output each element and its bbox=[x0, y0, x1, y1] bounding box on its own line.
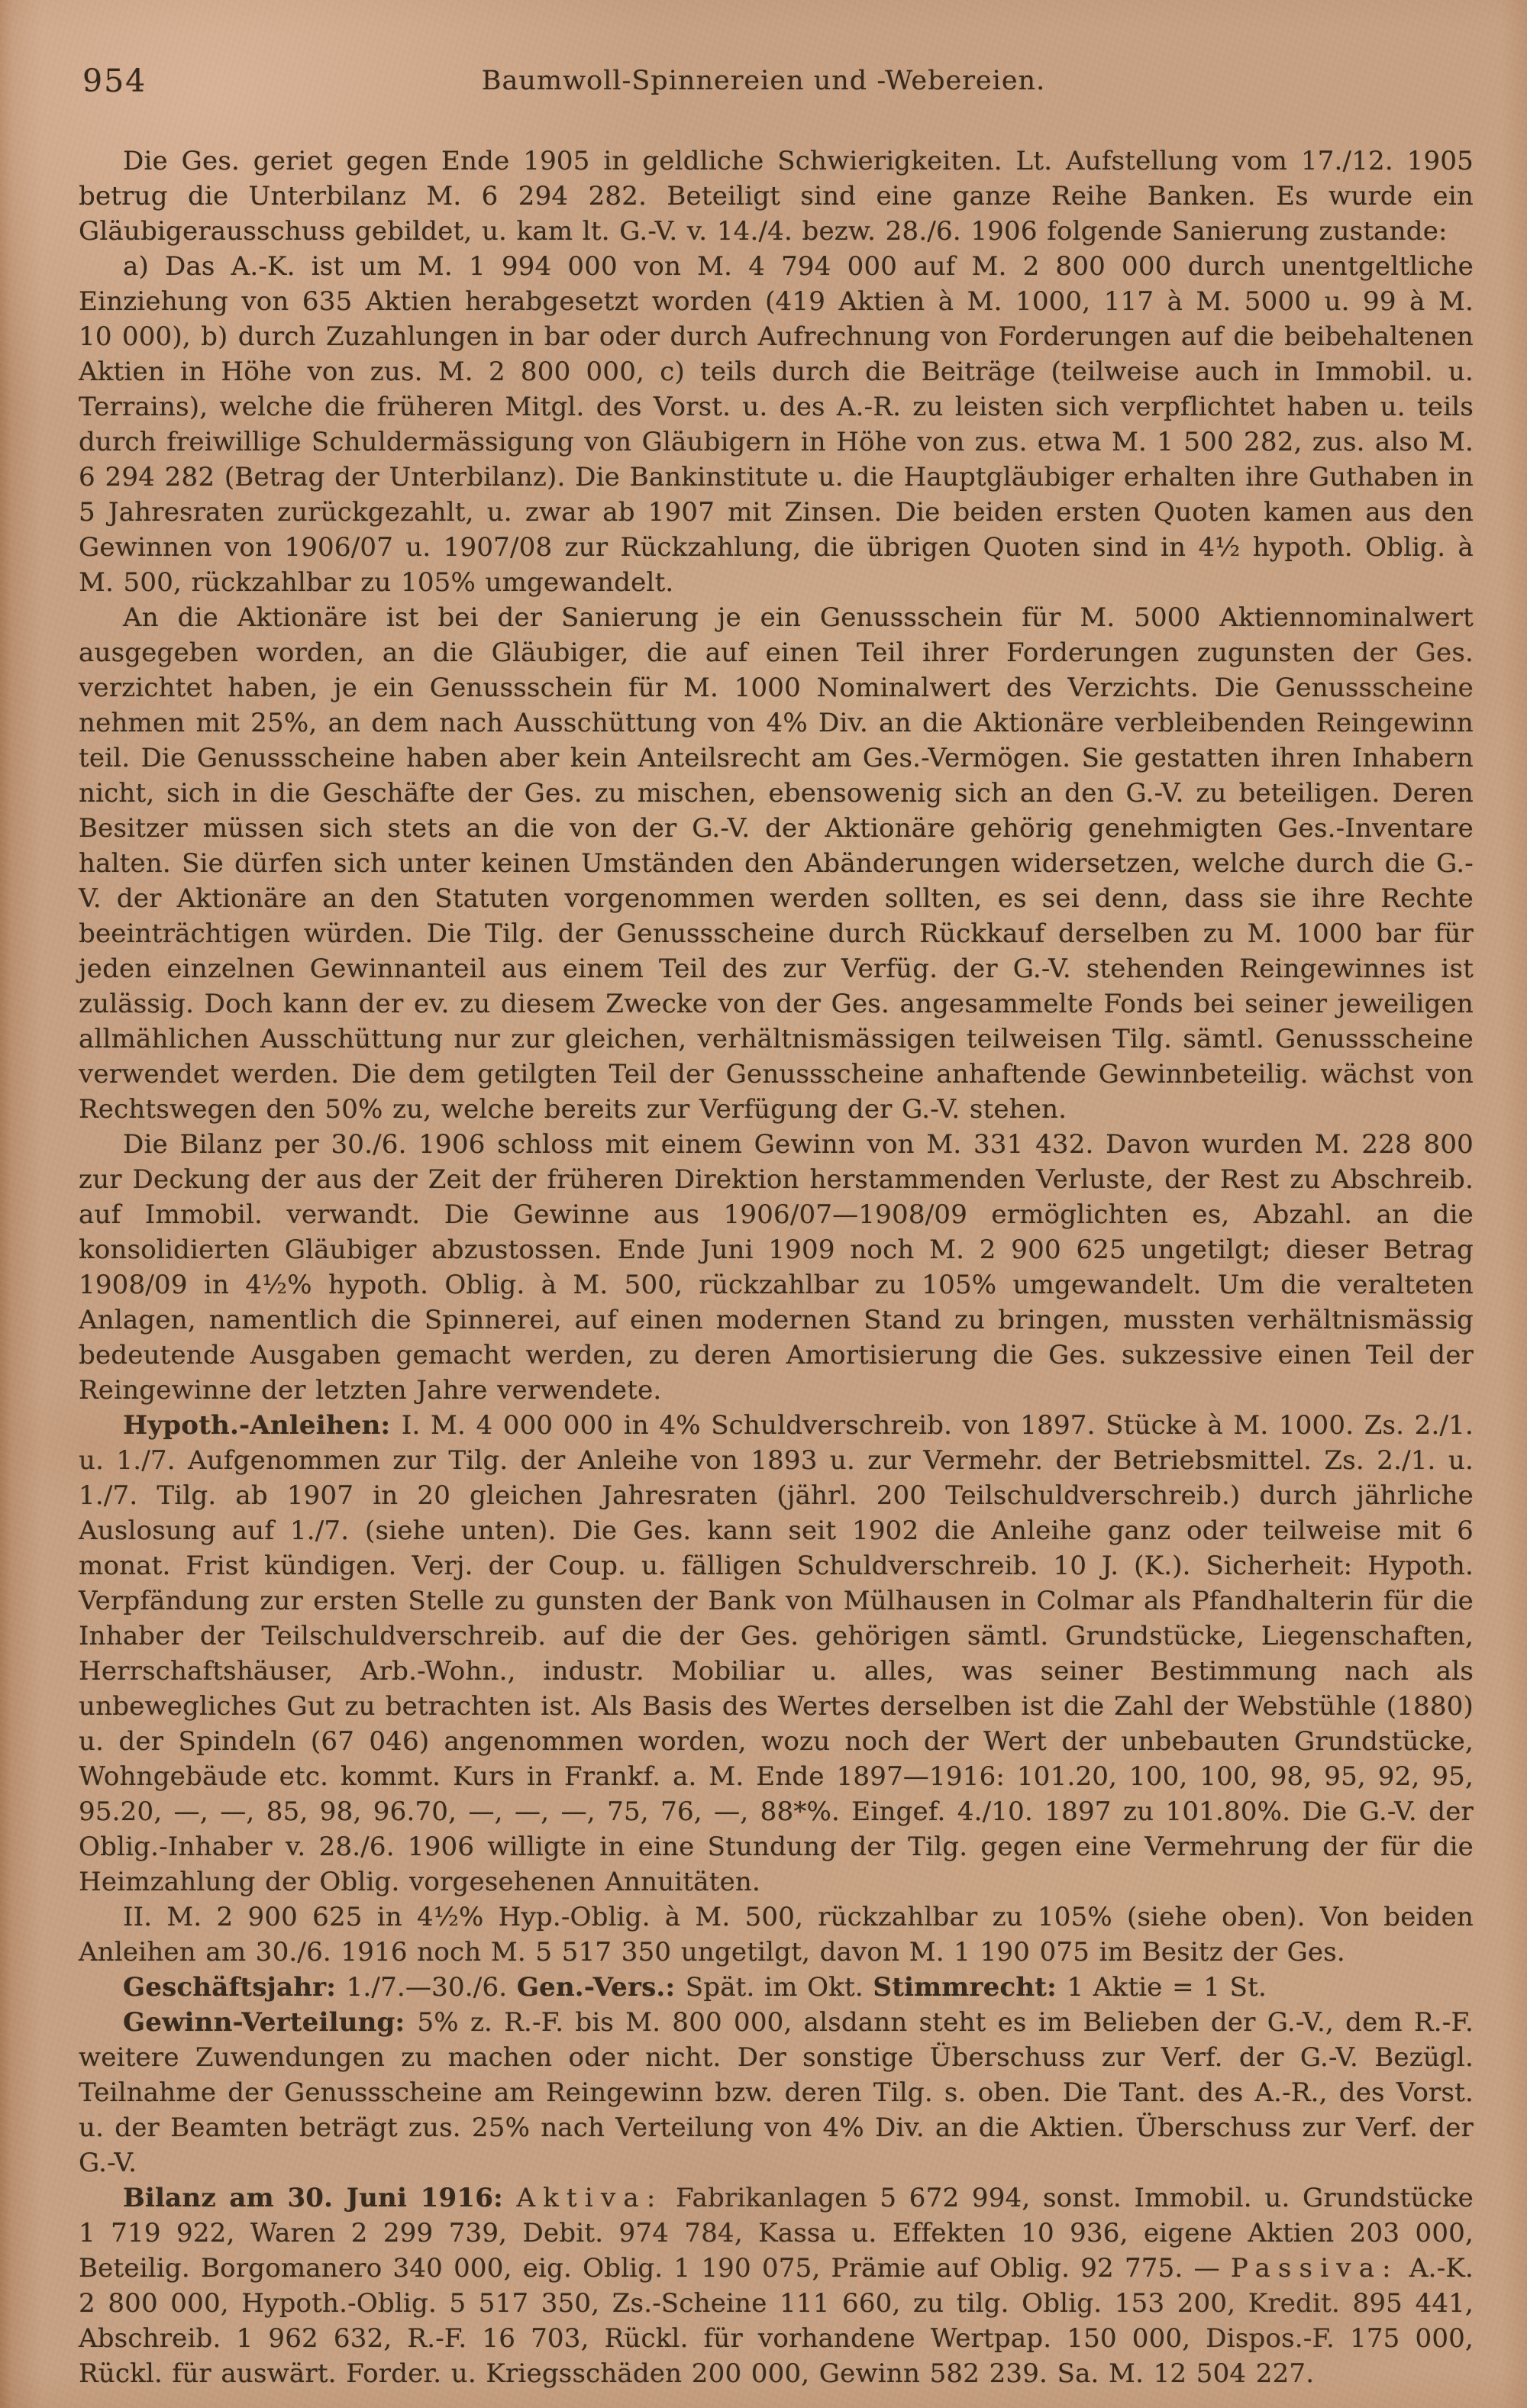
text-segment: 1 Aktie = 1 St. bbox=[1067, 1972, 1267, 2003]
spaced-label: Passiva: bbox=[1231, 2253, 1399, 2284]
text-segment: Die Bilanz per 30./6. 1906 schloss mit e… bbox=[79, 1129, 1474, 1406]
paragraph: An die Aktionäre ist bei der Sanierung j… bbox=[79, 600, 1474, 1127]
paragraph: II. M. 2 900 625 in 4½% Hyp.-Oblig. à M.… bbox=[79, 1900, 1474, 1970]
bold-label: Hypoth.-Anleihen: bbox=[123, 1410, 402, 1441]
text-segment: An die Aktionäre ist bei der Sanierung j… bbox=[79, 602, 1474, 1125]
page-title: Baumwoll-Spinnereien und -Webereien. bbox=[0, 64, 1527, 98]
page-body: Die Ges. geriet gegen Ende 1905 in geldl… bbox=[79, 144, 1474, 2391]
text-segment: 1./7.—30./6. bbox=[347, 1972, 517, 2003]
spaced-label: Aktiva: bbox=[516, 2183, 663, 2213]
book-page: 954 Baumwoll-Spinnereien und -Webereien.… bbox=[0, 0, 1527, 2408]
paragraph: a) Das A.-K. ist um M. 1 994 000 von M. … bbox=[79, 249, 1474, 600]
bold-label: Bilanz am 30. Juni 1916: bbox=[123, 2183, 516, 2213]
bold-label: Stimmrecht: bbox=[873, 1972, 1067, 2003]
text-segment: a) Das A.-K. ist um M. 1 994 000 von M. … bbox=[79, 251, 1474, 598]
bold-label: Gewinn-Verteilung: bbox=[123, 2007, 417, 2038]
text-segment: Die Ges. geriet gegen Ende 1905 in geldl… bbox=[79, 146, 1474, 247]
text-segment: Spät. im Okt. bbox=[686, 1972, 873, 2003]
paragraph: Hypoth.-Anleihen: I. M. 4 000 000 in 4% … bbox=[79, 1408, 1474, 1900]
text-segment: II. M. 2 900 625 in 4½% Hyp.-Oblig. à M.… bbox=[79, 1902, 1474, 1967]
paragraph: Bilanz am 30. Juni 1916: Aktiva: Fabrika… bbox=[79, 2180, 1474, 2391]
paragraph: Die Bilanz per 30./6. 1906 schloss mit e… bbox=[79, 1127, 1474, 1408]
text-segment: I. M. 4 000 000 in 4% Schuldverschreib. … bbox=[79, 1410, 1474, 1897]
page-number: 954 bbox=[82, 66, 147, 97]
paragraph: Gewinn-Verteilung: 5% z. R.-F. bis M. 80… bbox=[79, 2005, 1474, 2180]
bold-label: Geschäftsjahr: bbox=[123, 1972, 347, 2003]
paragraph: Die Ges. geriet gegen Ende 1905 in geldl… bbox=[79, 144, 1474, 249]
page-header: 954 Baumwoll-Spinnereien und -Webereien. bbox=[0, 64, 1527, 107]
paragraph: Geschäftsjahr: 1./7.—30./6. Gen.-Vers.: … bbox=[79, 1970, 1474, 2005]
bold-label: Gen.-Vers.: bbox=[517, 1972, 686, 2003]
